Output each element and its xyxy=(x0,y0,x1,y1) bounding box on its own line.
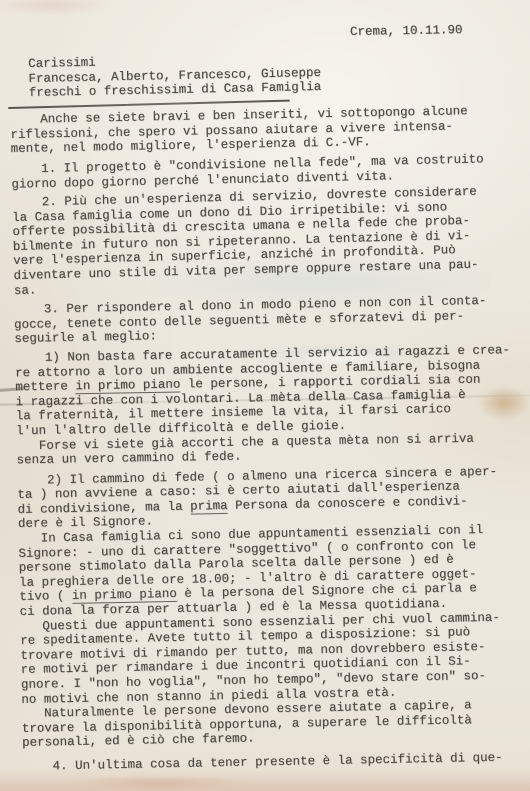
letter-page: Crema, 10.11.90 CarissimiFrancesca, Albe… xyxy=(0,0,530,791)
paper-stain-top-left xyxy=(0,0,112,16)
salutation: CarissimiFrancesca, Alberto, Francesco, … xyxy=(28,51,321,101)
paragraph-meta-2: 2) Il cammino di fede ( o almeno una ric… xyxy=(17,464,527,751)
underlined-word: prima xyxy=(190,499,228,515)
paragraph-punto-4: 4. Un'ultima cosa da tener presente è la… xyxy=(22,750,527,774)
paragraph-intro: Anche se siete bravi e ben inseriti, vi … xyxy=(10,103,516,156)
dateline: Crema, 10.11.90 xyxy=(350,23,463,40)
text-line: 4. Un'ultima cosa da tener presente è la… xyxy=(22,750,527,774)
paragraph-punto-3: 3. Per rispondere al dono in modo pieno … xyxy=(14,293,520,346)
letter-body: Anche se siete bravi e ben inseriti, vi … xyxy=(10,103,528,774)
paper-stain-bottom-blob xyxy=(60,775,260,791)
paragraph-punto-2: 2. Più che un'esperienza di servizio, do… xyxy=(12,184,519,298)
paragraph-meta-1: 1) Non basta fare accuratamente il servi… xyxy=(15,343,522,468)
